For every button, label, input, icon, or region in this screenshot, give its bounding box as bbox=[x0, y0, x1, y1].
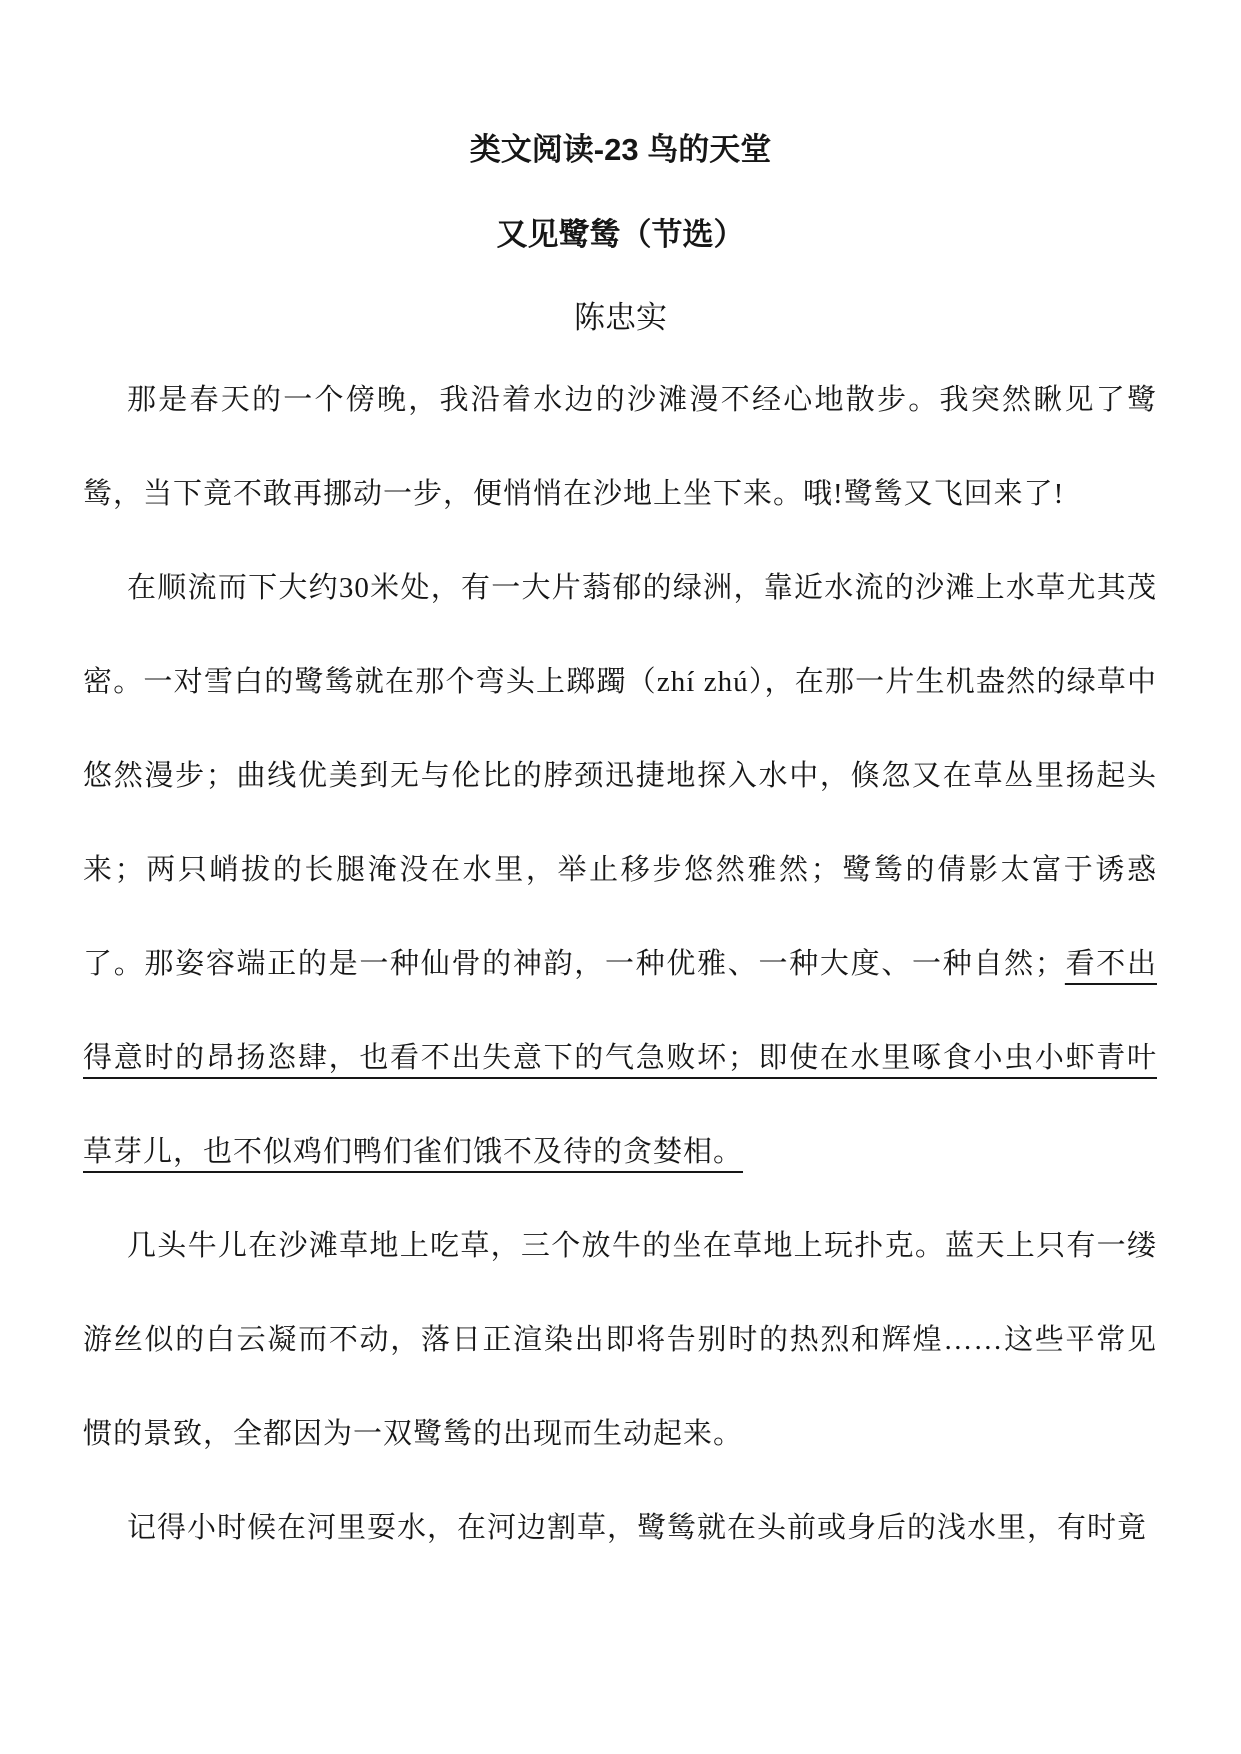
text-segment: 记得小时候在河里耍水，在河边割草，鹭鸶就在头前或身后的浅水里，有时竟 bbox=[127, 1512, 1147, 1544]
paragraph: 那是春天的一个傍晚，我沿着水边的沙滩漫不经心地散步。我突然瞅见了鹭鸶，当下竟不敢… bbox=[83, 353, 1157, 541]
document-page: 类文阅读-23 鸟的天堂 又见鹭鸶（节选） 陈忠实 那是春天的一个傍晚，我沿着水… bbox=[0, 0, 1241, 1754]
article-subtitle: 又见鹭鸶（节选） bbox=[0, 217, 1241, 253]
document-header: 类文阅读-23 鸟的天堂 又见鹭鸶（节选） 陈忠实 bbox=[0, 0, 1241, 336]
article-body: 那是春天的一个傍晚，我沿着水边的沙滩漫不经心地散步。我突然瞅见了鹭鸶，当下竟不敢… bbox=[83, 353, 1157, 1575]
paragraph: 在顺流而下大约30米处，有一大片蓊郁的绿洲，靠近水流的沙滩上水草尤其茂密。一对雪… bbox=[83, 541, 1157, 1199]
text-segment: 在顺流而下大约30米处，有一大片蓊郁的绿洲，靠近水流的沙滩上水草尤其茂密。一对雪… bbox=[83, 572, 1157, 980]
author-name: 陈忠实 bbox=[0, 300, 1241, 336]
paragraph: 几头牛儿在沙滩草地上吃草，三个放牛的坐在草地上玩扑克。蓝天上只有一缕游丝似的白云… bbox=[83, 1199, 1157, 1481]
paragraph: 记得小时候在河里耍水，在河边割草，鹭鸶就在头前或身后的浅水里，有时竟 bbox=[83, 1481, 1157, 1575]
text-segment: 几头牛儿在沙滩草地上吃草，三个放牛的坐在草地上玩扑克。蓝天上只有一缕游丝似的白云… bbox=[83, 1230, 1157, 1450]
page-title: 类文阅读-23 鸟的天堂 bbox=[0, 132, 1241, 168]
text-segment: 那是春天的一个傍晚，我沿着水边的沙滩漫不经心地散步。我突然瞅见了鹭鸶，当下竟不敢… bbox=[83, 384, 1157, 510]
underlined-text-segment: 看不出得意时的昂扬恣肆，也看不出失意下的气急败坏；即使在水里啄食小虫小虾青叶草芽… bbox=[83, 948, 1157, 1168]
